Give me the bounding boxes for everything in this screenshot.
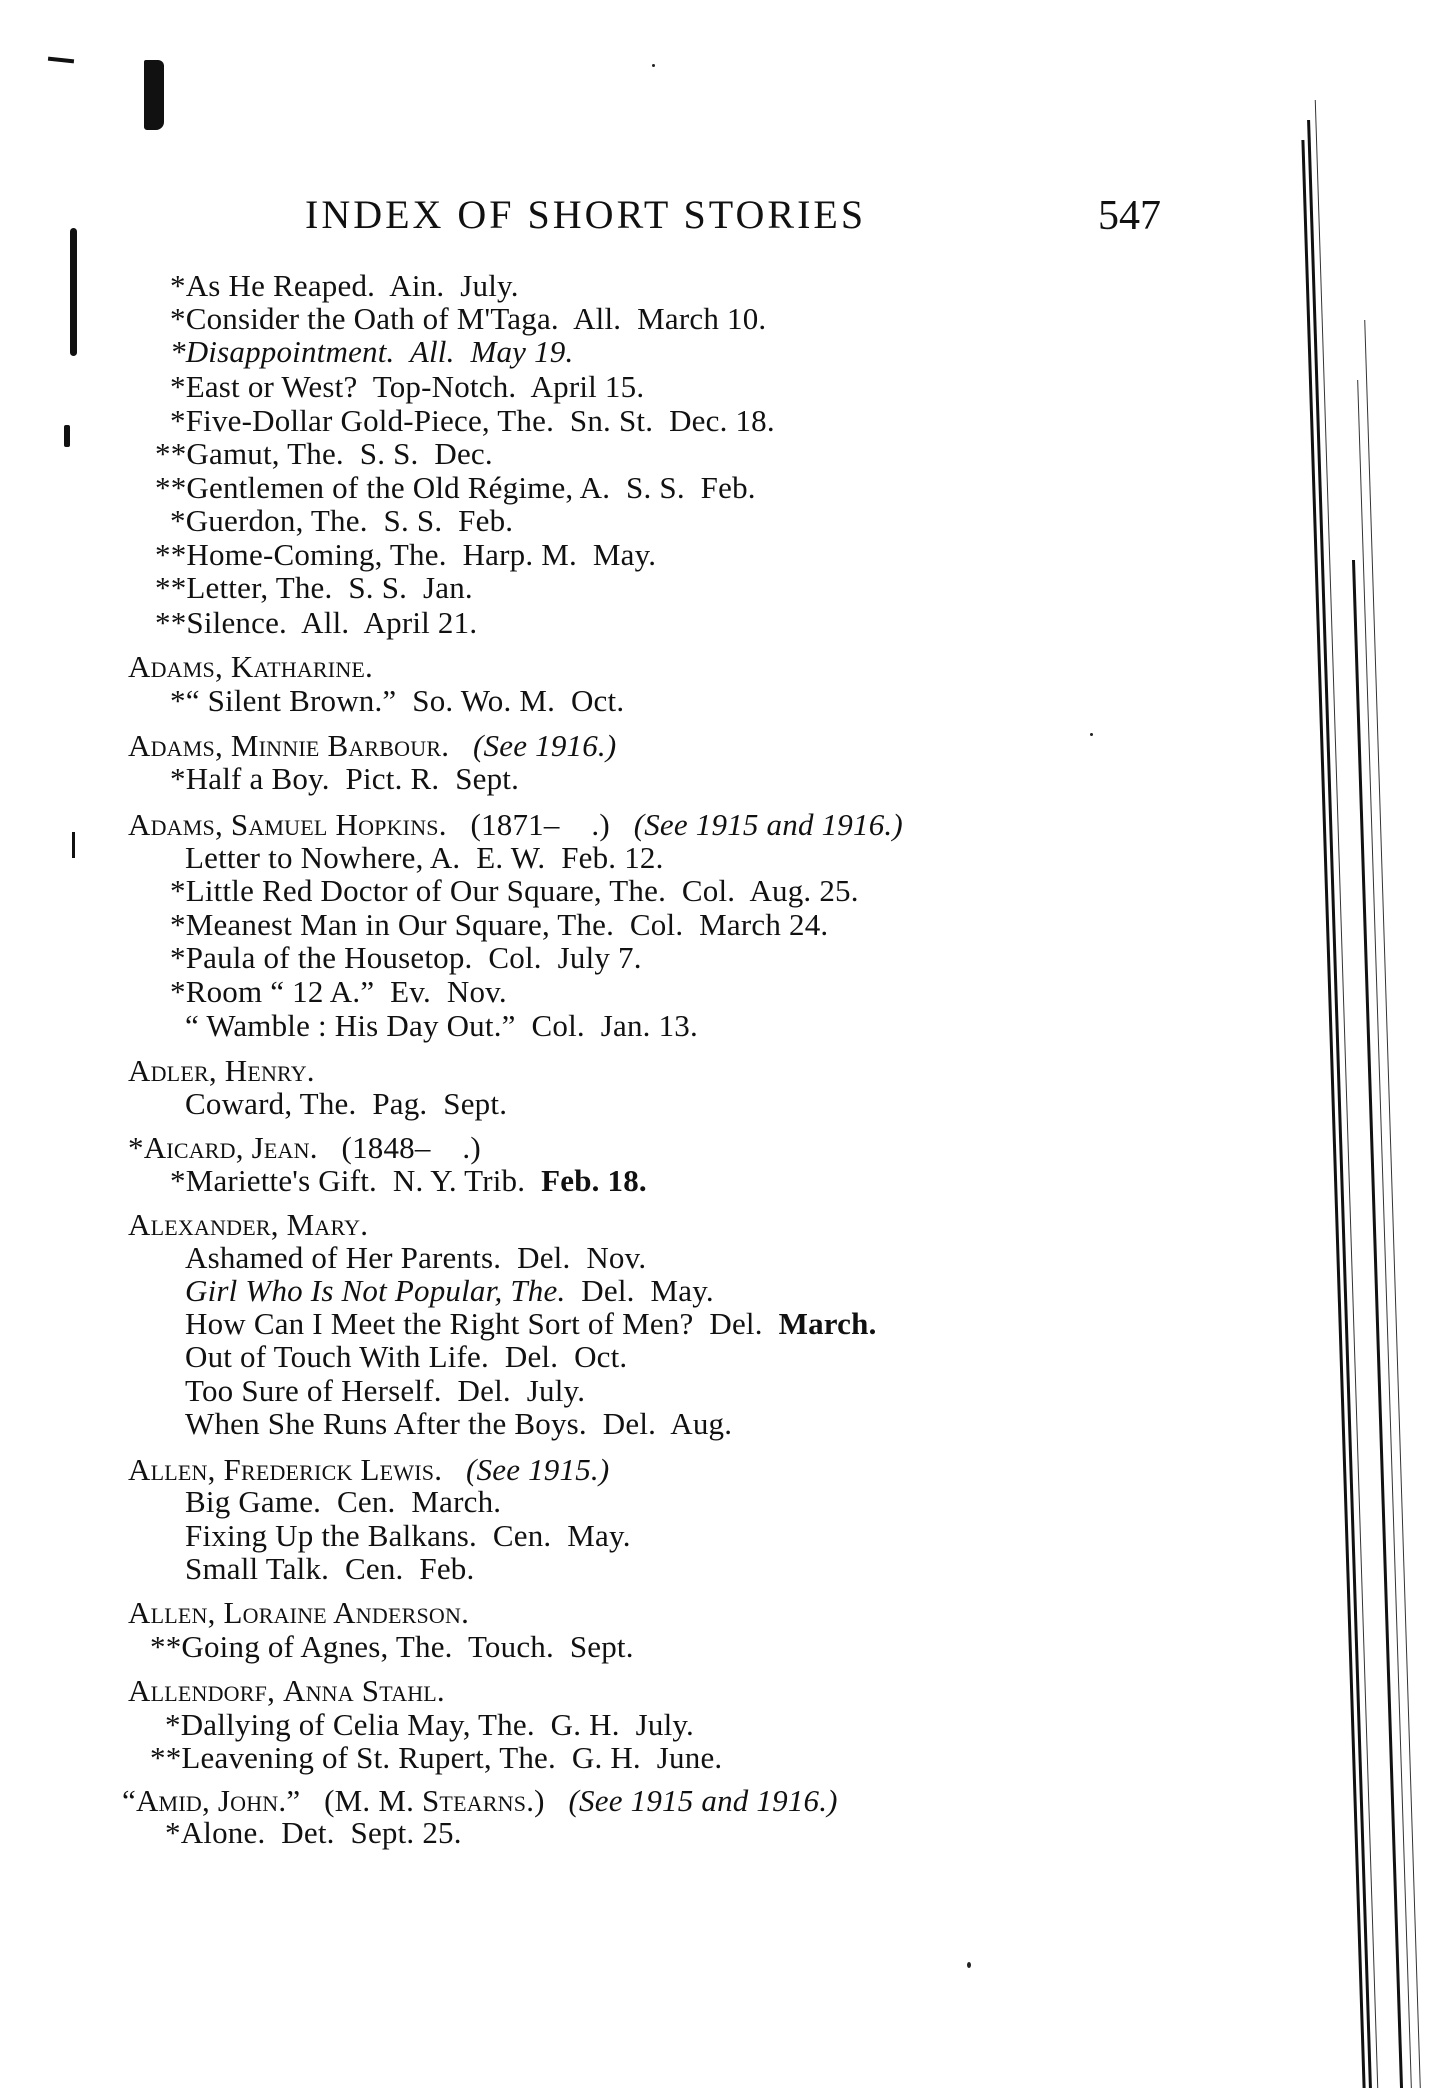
author-heading: Adams, Samuel Hopkins. (1871– .) (See 19…	[128, 808, 903, 842]
author-dates: (1871– .)	[471, 807, 610, 842]
author-surname: Amid	[136, 1783, 202, 1818]
story-text: *Meanest Man in Our Square, The. Col. Ma…	[170, 907, 828, 942]
story-entry: Letter to Nowhere, A. E. W. Feb. 12.	[185, 841, 664, 875]
author-prefix: “	[122, 1783, 136, 1818]
story-entry: *Half a Boy. Pict. R. Sept.	[170, 762, 519, 796]
story-entry: Ashamed of Her Parents. Del. Nov.	[185, 1241, 646, 1275]
story-date: March.	[779, 1306, 877, 1341]
page-number: 547	[1098, 193, 1161, 239]
author-surname: Adams	[128, 649, 215, 684]
story-text: *“ Silent Brown.” So. Wo. M. Oct.	[170, 683, 624, 718]
story-entry: *Room “ 12 A.” Ev. Nov.	[170, 975, 507, 1009]
author-given-name: John.”	[218, 1783, 300, 1818]
story-title: Girl Who Is Not Popular, The.	[185, 1273, 565, 1308]
story-text: **Letter, The. S. S. Jan.	[155, 570, 473, 605]
scan-mark-left-margin-tick	[64, 425, 70, 447]
page-edge-line	[1307, 120, 1372, 2088]
scan-mark-left-margin-mid	[72, 832, 75, 858]
story-entry: *Disappointment. All. May 19.	[170, 335, 573, 369]
page-edge-line	[1357, 380, 1412, 2088]
page-edge-line	[1301, 140, 1365, 2088]
author-prefix: *	[128, 1130, 144, 1165]
story-entry: *As He Reaped. Ain. July.	[170, 269, 519, 303]
story-text: *Paula of the Housetop. Col. July 7.	[170, 940, 642, 975]
author-given-name: Henry.	[225, 1053, 315, 1088]
story-text: *Mariette's Gift. N. Y. Trib.	[170, 1163, 541, 1198]
author-heading: *Aicard, Jean. (1848– .)	[128, 1131, 481, 1165]
story-text: **Leavening of St. Rupert, The. G. H. Ju…	[150, 1740, 722, 1775]
author-surname: Allendorf	[128, 1673, 267, 1708]
scan-speck	[967, 1962, 971, 1968]
story-text: **Home-Coming, The. Harp. M. May.	[155, 537, 656, 572]
story-text: **Going of Agnes, The. Touch. Sept.	[150, 1629, 634, 1664]
author-heading: Allen, Frederick Lewis. (See 1915.)	[128, 1453, 609, 1487]
cross-reference-note: (See 1915.)	[466, 1452, 609, 1487]
story-entry: *Consider the Oath of M'Taga. All. March…	[170, 302, 766, 336]
author-dates: (M. M. Stearns.)	[324, 1783, 545, 1818]
story-text: *As He Reaped. Ain. July.	[170, 268, 519, 303]
story-source: Del. May.	[565, 1273, 713, 1308]
story-text: *Dallying of Celia May, The. G. H. July.	[165, 1707, 694, 1742]
story-entry: *Guerdon, The. S. S. Feb.	[170, 504, 513, 538]
story-entry: *East or West? Top-Notch. April 15.	[170, 370, 644, 404]
story-entry: Coward, The. Pag. Sept.	[185, 1087, 507, 1121]
story-entry: **Gamut, The. S. S. Dec.	[155, 437, 493, 471]
author-heading: Alexander, Mary.	[128, 1208, 368, 1242]
scan-speck	[1090, 733, 1093, 736]
story-entry: **Letter, The. S. S. Jan.	[155, 571, 473, 605]
story-text: When She Runs After the Boys. Del. Aug.	[185, 1406, 732, 1441]
story-date: Feb. 18.	[541, 1163, 647, 1198]
story-text: “ Wamble : His Day Out.” Col. Jan. 13.	[185, 1008, 698, 1043]
story-entry: Too Sure of Herself. Del. July.	[185, 1374, 585, 1408]
story-entry: *Alone. Det. Sept. 25.	[165, 1816, 462, 1850]
author-surname: Adams	[128, 807, 215, 842]
story-entry: Small Talk. Cen. Feb.	[185, 1552, 474, 1586]
story-text: *Little Red Doctor of Our Square, The. C…	[170, 873, 859, 908]
story-entry: Girl Who Is Not Popular, The. Del. May.	[185, 1274, 714, 1308]
author-surname: Adams	[128, 728, 215, 763]
story-entry: Out of Touch With Life. Del. Oct.	[185, 1340, 627, 1374]
author-given-name: Loraine Anderson.	[224, 1595, 470, 1630]
story-text: *Half a Boy. Pict. R. Sept.	[170, 761, 519, 796]
author-surname: Adler	[128, 1053, 209, 1088]
author-given-name: Frederick Lewis.	[224, 1452, 443, 1487]
story-text: Coward, The. Pag. Sept.	[185, 1086, 507, 1121]
author-given-name: Anna Stahl.	[283, 1673, 445, 1708]
story-entry: *Five-Dollar Gold-Piece, The. Sn. St. De…	[170, 404, 775, 438]
story-entry: *Paula of the Housetop. Col. July 7.	[170, 941, 642, 975]
story-text: **Silence. All. April 21.	[155, 605, 477, 640]
scan-mark-top-left-dash	[48, 57, 74, 64]
story-text: **Gentlemen of the Old Régime, A. S. S. …	[155, 470, 756, 505]
story-text: *East or West? Top-Notch. April 15.	[170, 369, 644, 404]
cross-reference-note: (See 1915 and 1916.)	[634, 807, 903, 842]
author-heading: Adams, Katharine.	[128, 650, 373, 684]
story-entry: “ Wamble : His Day Out.” Col. Jan. 13.	[185, 1009, 698, 1043]
story-text: Ashamed of Her Parents. Del. Nov.	[185, 1240, 646, 1275]
author-given-name: Jean.	[252, 1130, 318, 1165]
author-surname: Allen	[128, 1595, 208, 1630]
story-text: How Can I Meet the Right Sort of Men? De…	[185, 1306, 779, 1341]
story-entry: *Little Red Doctor of Our Square, The. C…	[170, 874, 859, 908]
author-surname: Allen	[128, 1452, 208, 1487]
story-text: Too Sure of Herself. Del. July.	[185, 1373, 585, 1408]
story-entry: *Meanest Man in Our Square, The. Col. Ma…	[170, 908, 828, 942]
story-entry: *Dallying of Celia May, The. G. H. July.	[165, 1708, 694, 1742]
author-given-name: Minnie Barbour.	[231, 728, 449, 763]
story-text: Small Talk. Cen. Feb.	[185, 1551, 474, 1586]
story-entry: How Can I Meet the Right Sort of Men? De…	[185, 1307, 877, 1341]
author-dates: (1848– .)	[342, 1130, 481, 1165]
author-given-name: Samuel Hopkins.	[231, 807, 447, 842]
story-text: *Alone. Det. Sept. 25.	[165, 1815, 462, 1850]
scan-mark-left-margin-bar	[70, 228, 77, 356]
scan-mark-binding-bar	[144, 60, 164, 130]
cross-reference-note: (See 1916.)	[473, 728, 616, 763]
story-entry: **Home-Coming, The. Harp. M. May.	[155, 538, 656, 572]
author-heading: Allen, Loraine Anderson.	[128, 1596, 469, 1630]
story-entry: **Going of Agnes, The. Touch. Sept.	[150, 1630, 634, 1664]
story-text: **Gamut, The. S. S. Dec.	[155, 436, 493, 471]
story-text: *Room “ 12 A.” Ev. Nov.	[170, 974, 507, 1009]
story-entry: Big Game. Cen. March.	[185, 1485, 501, 1519]
story-entry: Fixing Up the Balkans. Cen. May.	[185, 1519, 631, 1553]
scan-speck	[652, 64, 655, 67]
author-given-name: Mary.	[287, 1207, 369, 1242]
cross-reference-note: (See 1915 and 1916.)	[569, 1783, 838, 1818]
story-text: *Disappointment. All. May 19.	[170, 334, 573, 369]
author-surname: Alexander	[128, 1207, 271, 1242]
author-heading: Adams, Minnie Barbour. (See 1916.)	[128, 729, 616, 763]
story-entry: **Leavening of St. Rupert, The. G. H. Ju…	[150, 1741, 722, 1775]
author-heading: Allendorf, Anna Stahl.	[128, 1674, 445, 1708]
author-heading: Adler, Henry.	[128, 1054, 315, 1088]
story-text: *Guerdon, The. S. S. Feb.	[170, 503, 513, 538]
scanned-page: INDEX OF SHORT STORIES 547 *As He Reaped…	[0, 0, 1447, 2088]
story-text: Letter to Nowhere, A. E. W. Feb. 12.	[185, 840, 664, 875]
story-text: Big Game. Cen. March.	[185, 1484, 501, 1519]
page-title: INDEX OF SHORT STORIES	[305, 193, 866, 237]
author-given-name: Katharine.	[231, 649, 373, 684]
story-entry: *Mariette's Gift. N. Y. Trib. Feb. 18.	[170, 1164, 647, 1198]
story-text: Fixing Up the Balkans. Cen. May.	[185, 1518, 631, 1553]
story-text: *Consider the Oath of M'Taga. All. March…	[170, 301, 766, 336]
story-text: Out of Touch With Life. Del. Oct.	[185, 1339, 627, 1374]
story-entry: **Silence. All. April 21.	[155, 606, 477, 640]
author-heading: “Amid, John.” (M. M. Stearns.) (See 1915…	[122, 1784, 838, 1818]
story-entry: **Gentlemen of the Old Régime, A. S. S. …	[155, 471, 756, 505]
story-text: *Five-Dollar Gold-Piece, The. Sn. St. De…	[170, 403, 775, 438]
story-entry: *“ Silent Brown.” So. Wo. M. Oct.	[170, 684, 624, 718]
story-entry: When She Runs After the Boys. Del. Aug.	[185, 1407, 732, 1441]
author-surname: Aicard	[144, 1130, 236, 1165]
